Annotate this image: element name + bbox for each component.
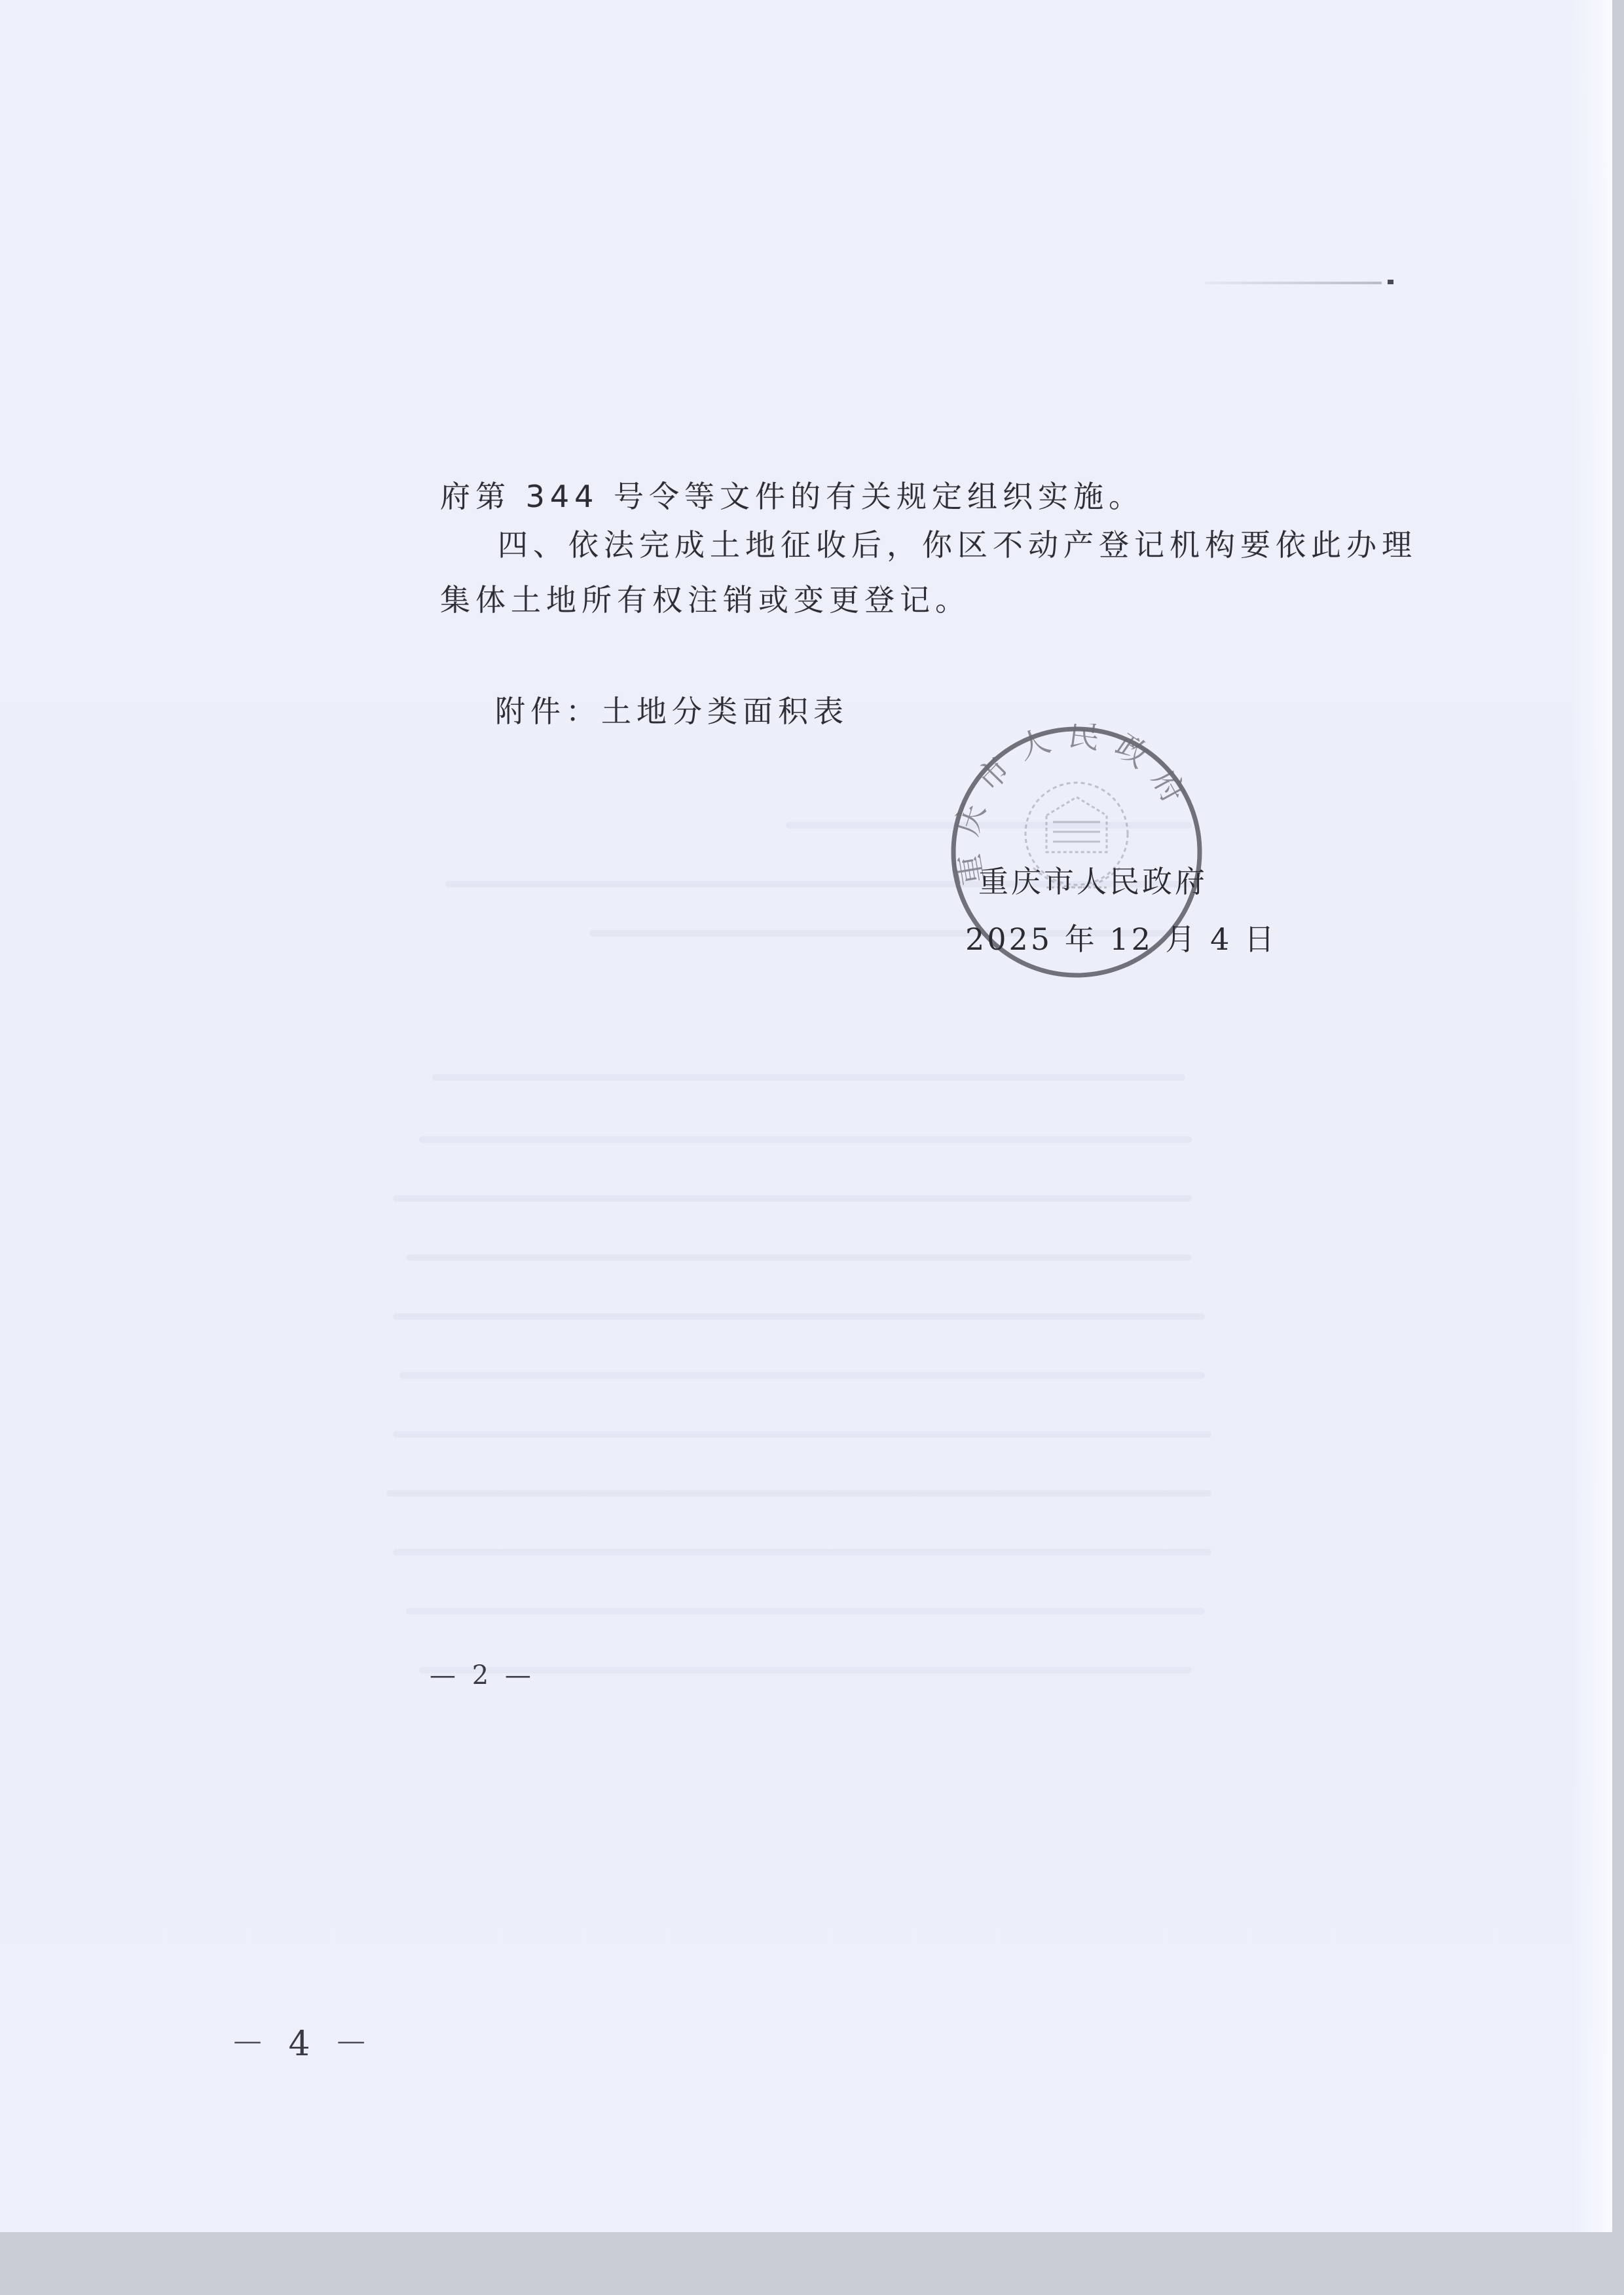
scanned-page: 府第 344 号令等文件的有关规定组织实施。 四、依法完成土地征收后，你区不动产… [0,0,1612,2232]
paragraph-continuation: 府第 344 号令等文件的有关规定组织实施。 [440,473,1144,516]
issue-date: 2025 年 12 月 4 日 [965,916,1277,959]
header-rule [1205,282,1382,284]
paragraph-item-four-cont: 集体土地所有权注销或变更登记。 [440,576,970,620]
page-number: － 4 － [231,2016,375,2065]
paragraph-item-four: 四、依法完成土地征收后，你区不动产登记机构要依此办理 [498,521,1417,565]
issuer-signature: 重庆市人民政府 [978,858,1208,901]
page-edge-shade [1573,0,1612,2232]
inner-page-number: — 2 — [430,1660,535,1690]
attachment-line: 附件：土地分类面积表 [495,688,849,731]
header-mark [1388,280,1393,284]
